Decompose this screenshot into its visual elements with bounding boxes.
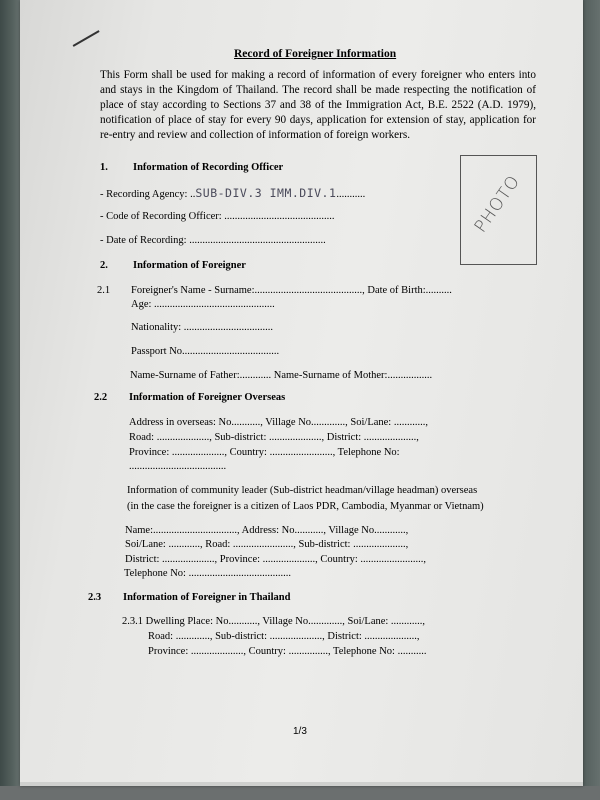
- form-title: Record of Foreigner Information: [234, 48, 396, 60]
- overseas-address-line-3[interactable]: Province: ...................., Country:…: [129, 447, 400, 458]
- passport-number-field[interactable]: Passport No.............................…: [131, 346, 279, 357]
- overseas-address-line-1[interactable]: Address in overseas: No..........., Vill…: [129, 417, 428, 428]
- section-2-3-number: 2.3: [88, 592, 101, 603]
- leader-line-2[interactable]: Soi/Lane: ............, Road: ..........…: [125, 539, 408, 550]
- photo-label: PHOTO: [471, 172, 525, 237]
- leader-line-1[interactable]: Name:................................, A…: [125, 525, 408, 536]
- overseas-telephone-field[interactable]: .....................................: [129, 461, 226, 472]
- section-1-title: Information of Recording Officer: [133, 162, 283, 173]
- leader-telephone-field[interactable]: Telephone No: ..........................…: [124, 568, 291, 579]
- dwelling-line-3[interactable]: Province: ...................., Country:…: [148, 646, 426, 657]
- community-leader-intro-1: Information of community leader (Sub-dis…: [127, 485, 477, 496]
- desk-background-bottom: [0, 786, 600, 800]
- parents-names-field[interactable]: Name-Surname of Father:............ Name…: [130, 370, 432, 381]
- section-2-number: 2.: [100, 260, 108, 271]
- photo-box: PHOTO: [460, 155, 537, 265]
- desk-background-left: [0, 0, 22, 800]
- recording-agency-field[interactable]: - Recording Agency: ..SUB-DIV.3 IMM.DIV.…: [100, 186, 365, 200]
- dwelling-line-2[interactable]: Road: ............., Sub-district: .....…: [148, 631, 420, 642]
- name-dob-field[interactable]: Foreigner's Name - Surname:.............…: [131, 285, 452, 296]
- recording-agency-label: - Recording Agency: ..: [100, 189, 195, 200]
- paper-stack-edge: [20, 782, 583, 786]
- code-of-recording-officer-field[interactable]: - Code of Recording Officer: ...........…: [100, 211, 335, 222]
- recording-agency-value: SUB-DIV.3 IMM.DIV.1: [195, 186, 336, 200]
- section-1-number: 1.: [100, 162, 108, 173]
- community-leader-intro-2: (in the case the foreigner is a citizen …: [127, 501, 484, 512]
- section-2-2-number: 2.2: [94, 392, 107, 403]
- dwelling-line-1[interactable]: 2.3.1 Dwelling Place: No..........., Vil…: [122, 616, 425, 627]
- form-intro-paragraph: This Form shall be used for making a rec…: [100, 68, 536, 143]
- section-2-1-number: 2.1: [97, 285, 110, 296]
- leader-line-3[interactable]: District: ...................., Province…: [125, 554, 426, 565]
- date-of-recording-field[interactable]: - Date of Recording: ...................…: [100, 235, 326, 246]
- section-2-title: Information of Foreigner: [133, 260, 246, 271]
- recording-agency-dots: ...........: [336, 189, 365, 200]
- overseas-address-line-2[interactable]: Road: ...................., Sub-district…: [129, 432, 419, 443]
- page-number: 1/3: [293, 726, 307, 737]
- nationality-field[interactable]: Nationality: ...........................…: [131, 322, 273, 333]
- section-2-3-title: Information of Foreigner in Thailand: [123, 592, 290, 603]
- section-2-2-title: Information of Foreigner Overseas: [129, 392, 285, 403]
- age-field[interactable]: Age: ...................................…: [131, 299, 275, 310]
